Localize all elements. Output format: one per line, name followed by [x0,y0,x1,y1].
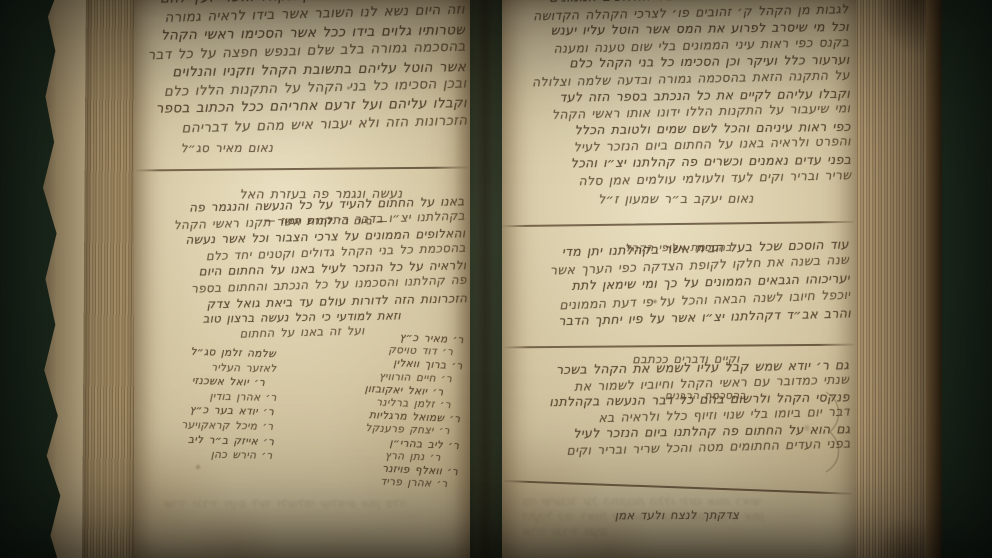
right-middle-text-block: עוד הוסכם שכל בעל הבית אשר בקהלתנו יתן מ… [505,235,852,332]
signature-column-left: שלמה זלמן סג״ללאזער העלירר׳ יואל אשכנזיר… [147,344,318,465]
ink-blot [346,86,351,90]
ghost-line: שריר ובריר וקים [522,524,844,539]
water-stain [802,424,812,432]
signature-entry: ר׳ הירש כהן [169,447,315,464]
ghost-line: שריר ובריר וקים לעד ולעולמי עולמים אמן ס… [164,497,446,511]
ink-blot [652,299,658,304]
bleed-through-text: שריר ובריר וקים לעד ולעולמי עולמים אמן ס… [164,497,446,511]
left-page-stack-edge [82,0,142,558]
left-middle-text-block: באנו על החתום להעיד על כל הנעשה והנגמר פ… [138,192,467,314]
fore-edge-rim [926,0,942,558]
ink-rule [504,480,852,495]
signature-line: נאום מאיר סג״ל [138,141,303,156]
left-page: ובהם שנתנו ועלה בידם מן הקהל ואשר יועץ ל… [134,0,470,558]
fore-edge-page-stack [852,0,932,558]
ghost-line: ומי שיעבור על התקנות הללו ידונו אותו ראש… [522,494,844,509]
margin-flourish [820,390,846,474]
ink-rule [502,221,854,227]
ink-rule [504,344,854,349]
ghost-line: הקהל כפי ראות עיניהם והכל לשם שמים אמן [522,509,844,524]
right-top-text-block: ומהיום והלאה יהיה כח ורשות ביד האלופים ה… [506,0,851,190]
signature-column-right: ר׳ מאיר כ״ץר׳ דוד טויסקר׳ ברוך וואליןר׳ … [315,328,464,492]
foxing-spot [194,464,202,470]
ink-rule [136,167,468,172]
bleed-through-text: ומי שיעבור על התקנות הללו ידונו אותו ראש… [522,494,844,539]
closing-line: נאום יעקב ב״ר שמעון ז״ל [552,190,787,206]
left-top-text-block: ובהם שנתנו ועלה בידם מן הקהל ואשר יועץ ל… [140,0,467,138]
fore-edge-shading [852,0,932,558]
photo-backdrop: ובהם שנתנו ועלה בידם מן הקהל ואשר יועץ ל… [0,0,992,558]
right-lower-text-block: גם ר׳ יודא שמש קבל עליו לשמש את הקהל בשכ… [505,356,851,459]
right-page: ומהיום והלאה יהיה כח ורשות ביד האלופים ה… [502,0,856,558]
